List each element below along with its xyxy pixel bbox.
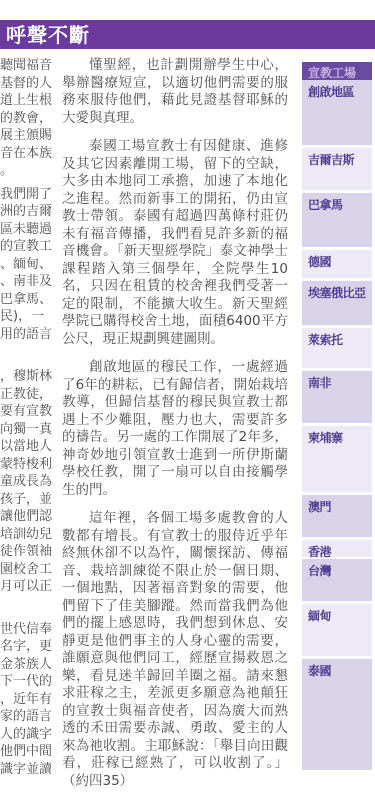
sidebar-item-macau[interactable]: 澳門 bbox=[302, 495, 372, 537]
sidebar-item-taiwan[interactable]: 台灣 bbox=[302, 559, 372, 601]
left-text-group: 世代信奉 名字，更 金茶族人 下一代的 ，近年有 家的語言 人的識字 他們中間 … bbox=[0, 621, 53, 779]
sidebar-header-mission-fields[interactable]: 宣教工場 bbox=[302, 62, 372, 80]
sidebar-item-thailand[interactable]: 泰國 bbox=[302, 659, 372, 770]
paragraph: 懂聖經，也計劃開辦學生中心，舉辦醫療短宣，以適切他們需要的服務來服侍他們，藉此見… bbox=[62, 57, 288, 127]
left-text-group: 我們開了 洲的吉爾 區未聽過 的宣教工 、緬甸、 、南非及 巴拿馬、 民)，一 … bbox=[0, 186, 53, 344]
paragraph: 泰國工場宣教士有因健康、進修及其它因素離開工場，留下的空缺，大多由本地同工承擔，… bbox=[62, 138, 288, 348]
sidebar-item-kyrgyzstan[interactable]: 吉爾吉斯 bbox=[302, 148, 372, 190]
left-text-group: 聽聞福音 基督的人 道上生根 的教會， 展主頒賜 音在本族 。 bbox=[0, 57, 53, 180]
paragraph: 創啟地區的穆民工作，一處經過了6年的耕耘，已有歸信者，開始栽培教導，但歸信基督的… bbox=[62, 359, 288, 499]
sidebar-item-hong-kong[interactable]: 香港 bbox=[302, 540, 372, 557]
title-bar: 呼聲不斷 bbox=[0, 20, 375, 49]
left-text-group: ，穆斯林 正教徒， 要有宣教 向獨一真 以當地人 蒙特梭利 童成長為 孩子，並 … bbox=[0, 368, 53, 596]
sidebar-item-south-africa[interactable]: 南非 bbox=[302, 371, 372, 423]
sidebar-item-germany[interactable]: 德國 bbox=[302, 250, 372, 278]
sidebar-nav: 宣教工場 創啟地區 吉爾吉斯 巴拿馬 德國 埃塞俄比亞 萊索托 南非 柬埔寨 澳… bbox=[302, 62, 372, 770]
sidebar-item-cambodia[interactable]: 柬埔寨 bbox=[302, 426, 372, 492]
sidebar-item-lesotho[interactable]: 萊索托 bbox=[302, 328, 372, 368]
paragraph: 這年裡，各個工場多處教會的人數都有增長。有宣教士的服侍近乎年終無休卻不以為忤，關… bbox=[62, 510, 288, 790]
page-title: 呼聲不斷 bbox=[0, 25, 90, 45]
page: 呼聲不斷 聽聞福音 基督的人 道上生根 的教會， 展主頒賜 音在本族 。 我們開… bbox=[0, 0, 375, 795]
sidebar-item-myanmar[interactable]: 緬甸 bbox=[302, 604, 372, 656]
sidebar-item-ethiopia[interactable]: 埃塞俄比亞 bbox=[302, 281, 372, 325]
sidebar-item-creative-access[interactable]: 創啟地區 bbox=[302, 80, 372, 145]
left-column-fragment: 聽聞福音 基督的人 道上生根 的教會， 展主頒賜 音在本族 。 我們開了 洲的吉… bbox=[0, 57, 53, 778]
main-article: 懂聖經，也計劃開辦學生中心，舉辦醫療短宣，以適切他們需要的服務來服侍他們，藉此見… bbox=[62, 57, 288, 790]
sidebar-item-panama[interactable]: 巴拿馬 bbox=[302, 193, 372, 247]
